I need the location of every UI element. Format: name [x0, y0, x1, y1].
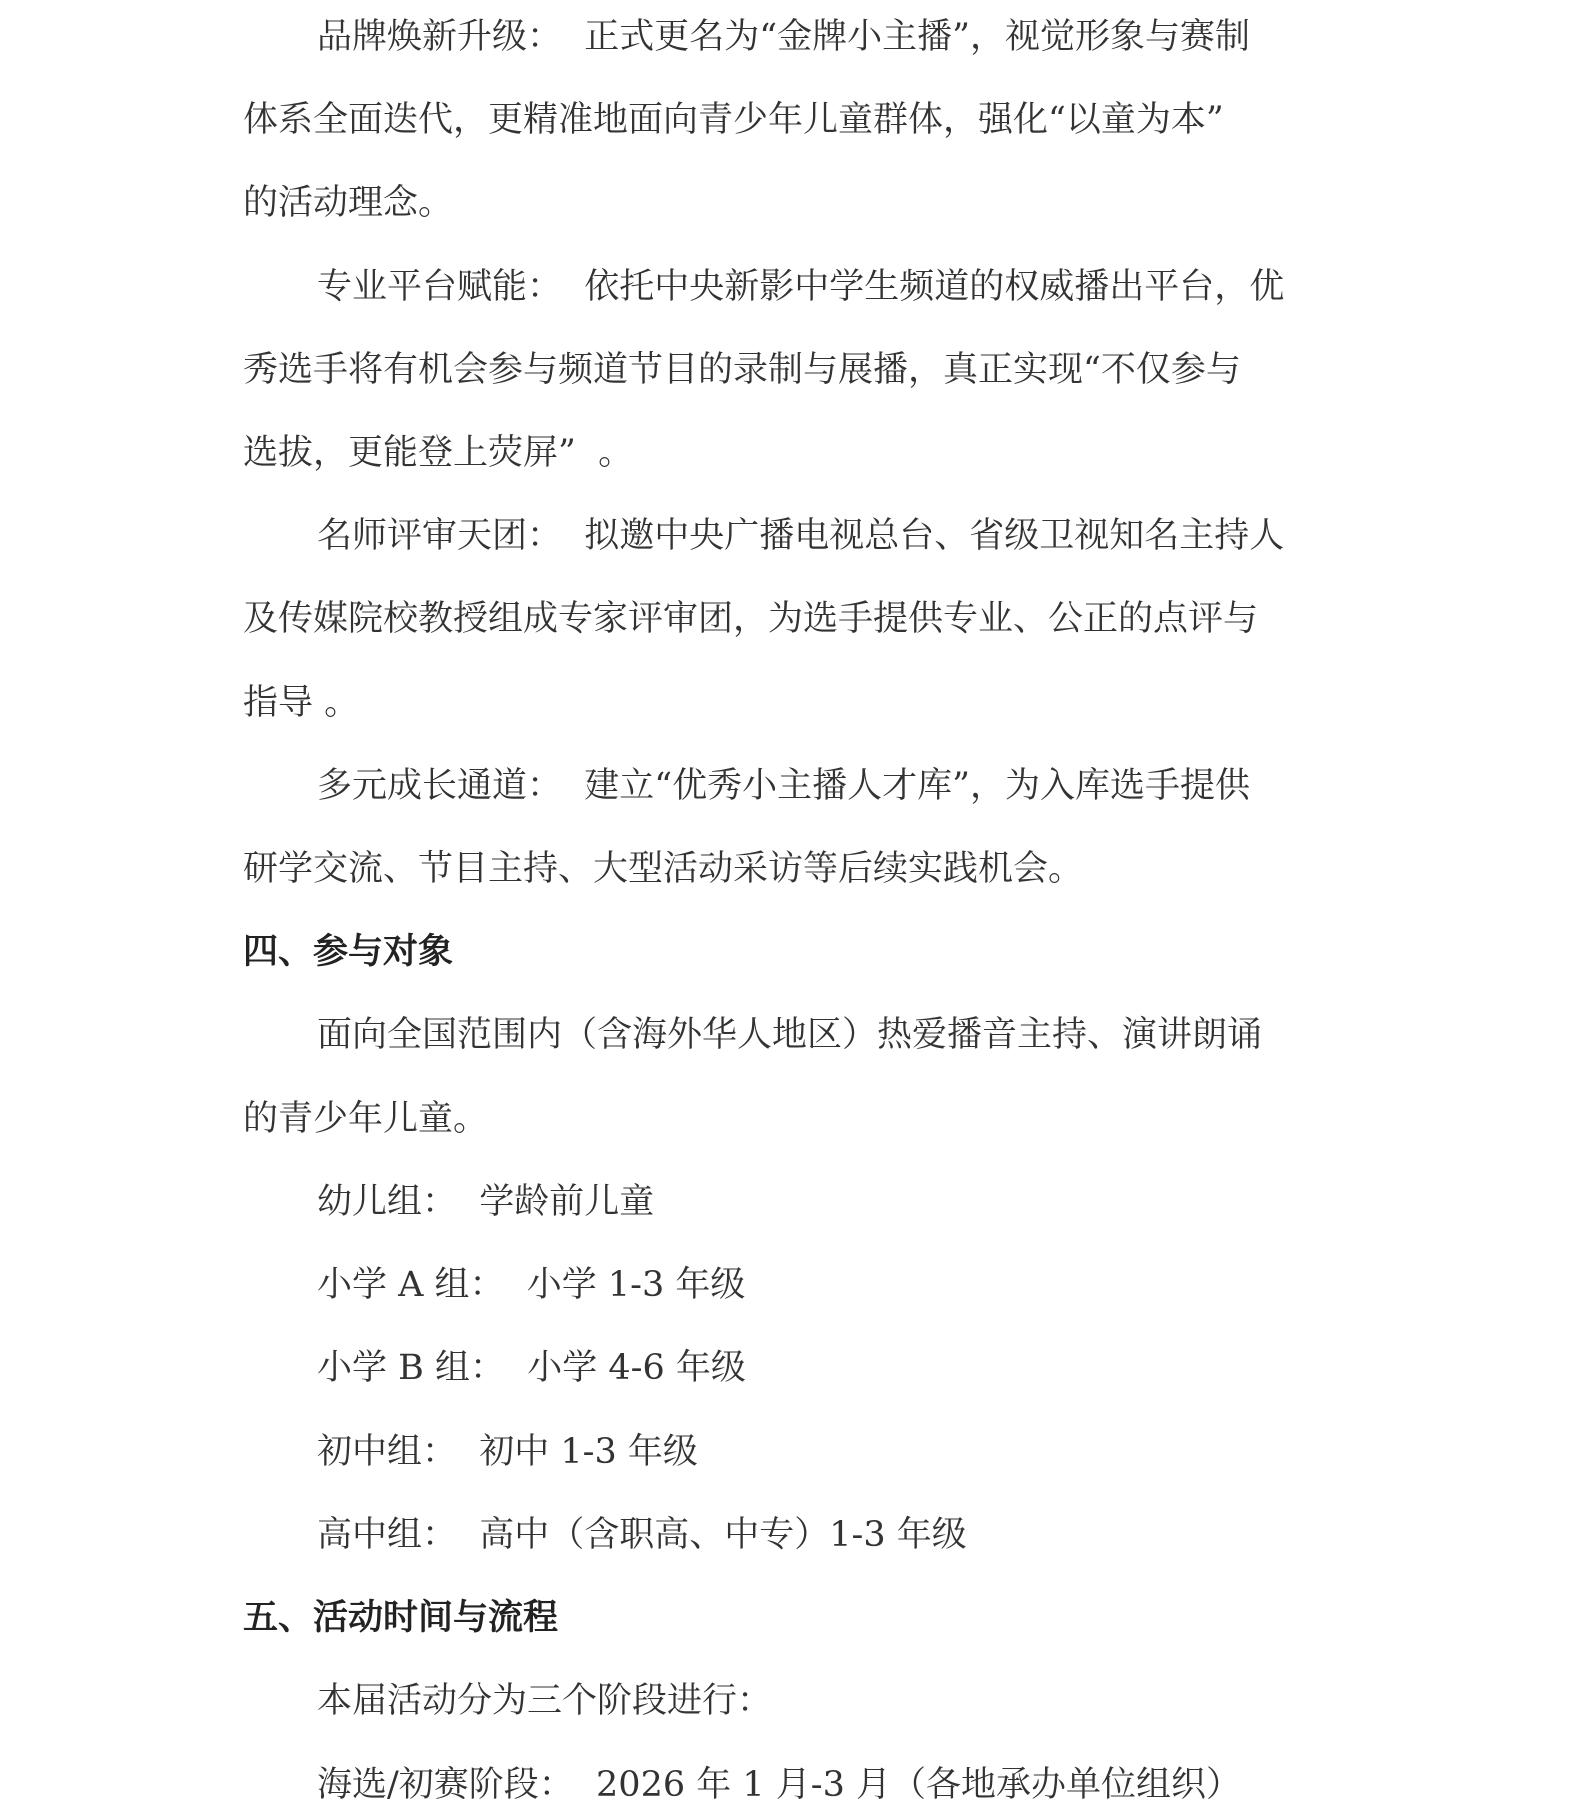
- paragraph-judges-line-1: 名师评审天团： 拟邀中央广播电视总台、省级卫视知名主持人: [317, 514, 1284, 558]
- paragraph-growth-line-2: 研学交流、节目主持、大型活动采访等后续实践机会。: [243, 847, 1083, 891]
- paragraph-participants-line-2: 的青少年儿童。: [243, 1097, 488, 1141]
- section-5-heading: 五、活动时间与流程: [243, 1596, 558, 1640]
- age-group-item: 高中组： 高中（含职高、中专）1-3 年级: [317, 1513, 967, 1557]
- paragraph-brand-upgrade-line-3: 的活动理念。: [243, 181, 453, 225]
- paragraph-brand-upgrade-line-2: 体系全面迭代，更精准地面向青少年儿童群体，强化“以童为本”: [243, 98, 1224, 142]
- paragraph-stages-intro: 本届活动分为三个阶段进行：: [317, 1679, 772, 1723]
- paragraph-platform-line-1: 专业平台赋能： 依托中央新影中学生频道的权威播出平台，优: [317, 265, 1284, 309]
- paragraph-brand-upgrade-line-1: 品牌焕新升级： 正式更名为“金牌小主播”，视觉形象与赛制: [317, 15, 1250, 59]
- age-group-item: 初中组： 初中 1-3 年级: [317, 1430, 698, 1474]
- document-page: 品牌焕新升级： 正式更名为“金牌小主播”，视觉形象与赛制 体系全面迭代，更精准地…: [0, 0, 1580, 1816]
- section-4-heading: 四、参与对象: [243, 930, 453, 974]
- stage-item: 海选/初赛阶段： 2026 年 1 月-3 月（各地承办单位组织）: [317, 1763, 1241, 1807]
- paragraph-judges-line-2: 及传媒院校教授组成专家评审团，为选手提供专业、公正的点评与: [243, 597, 1258, 641]
- age-group-item: 小学 B 组： 小学 4-6 年级: [317, 1346, 746, 1390]
- paragraph-judges-line-3: 指导 。: [243, 681, 359, 725]
- paragraph-participants-line-1: 面向全国范围内（含海外华人地区）热爱播音主持、演讲朗诵: [317, 1013, 1262, 1057]
- paragraph-platform-line-2: 秀选手将有机会参与频道节目的录制与展播，真正实现“不仅参与: [243, 348, 1241, 392]
- paragraph-platform-line-3: 选拔，更能登上荧屏” 。: [243, 431, 633, 475]
- age-group-item: 幼儿组： 学龄前儿童: [317, 1180, 654, 1224]
- age-group-item: 小学 A 组： 小学 1-3 年级: [317, 1263, 745, 1307]
- paragraph-growth-line-1: 多元成长通道： 建立“优秀小主播人才库”，为入库选手提供: [317, 764, 1250, 808]
